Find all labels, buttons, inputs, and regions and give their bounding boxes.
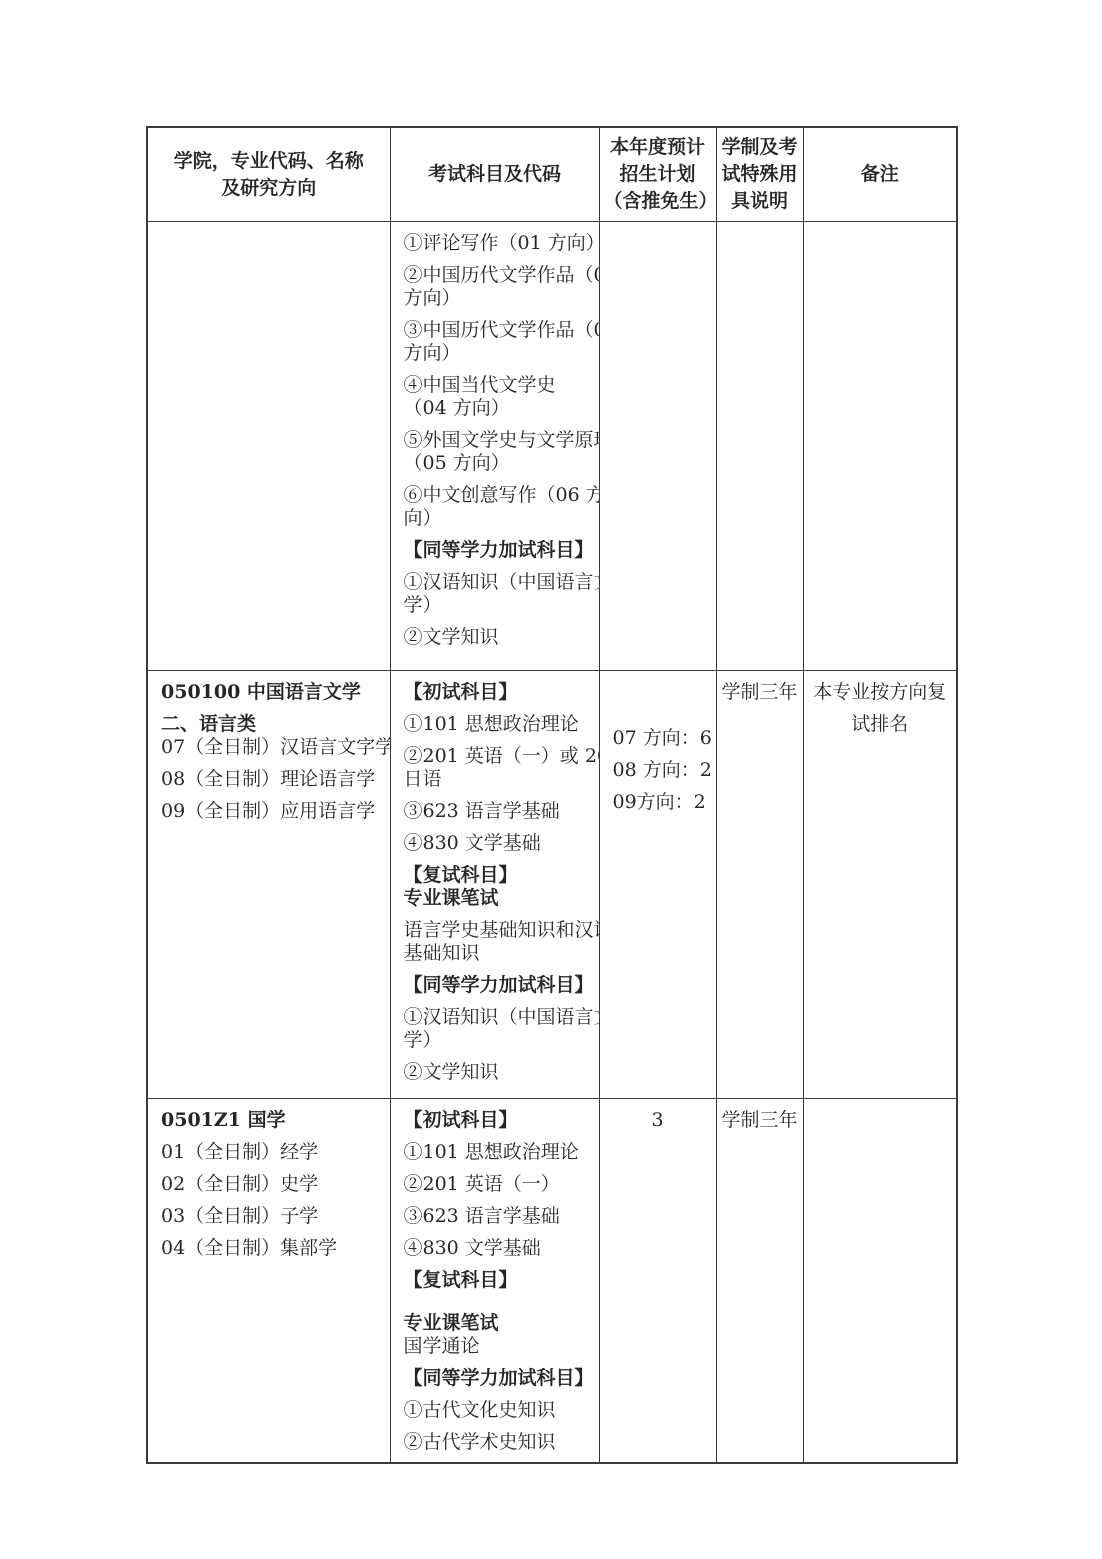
text-line: 02（全日制）史学 (161, 1173, 380, 1196)
text-line: （含推免生） (604, 188, 712, 215)
text-line: ④830 文学基础 (404, 832, 589, 855)
cell-r1-subjects: ①评论写作（01 方向）②中国历代文学作品（02方向）③中国历代文学作品（03方… (390, 222, 599, 671)
text-line: 【初试科目】 (404, 1109, 589, 1132)
cell-r2-duration: 学制三年 (716, 671, 803, 1099)
text-line: ②文学知识 (404, 626, 589, 649)
text-line: ④830 文学基础 (404, 1237, 589, 1260)
cell-r1-duration (716, 222, 803, 671)
text-line: 09方向：2 (613, 791, 706, 814)
text-line: 学制三年 (721, 681, 799, 704)
text-line: 本年度预计 (604, 134, 712, 161)
text-line: 试特殊用 (721, 161, 799, 188)
text-line: 04（全日制）集部学 (161, 1237, 380, 1260)
cell-r3-remarks (803, 1099, 957, 1464)
table-row: 050100 中国语言文学二、语言类07（全日制）汉语言文字学08（全日制）理论… (147, 671, 957, 1099)
text-line: 学） (404, 594, 589, 617)
cell-r1-major (147, 222, 390, 671)
text-line: 08 方向：2 (613, 759, 706, 782)
cell-r2-subjects: 【初试科目】①101 思想政治理论②201 英语（一）或 203日语③623 语… (390, 671, 599, 1099)
text-line: （04 方向） (404, 397, 589, 420)
text-line: 招生计划 (604, 161, 712, 188)
text-line: ③623 语言学基础 (404, 800, 589, 823)
text-line: 专业课笔试 (404, 887, 589, 910)
header-enrollment-plan: 本年度预计招生计划（含推免生） (599, 127, 716, 222)
text-line: 本专业按方向复 (808, 681, 953, 704)
text-line: 09（全日制）应用语言学 (161, 800, 380, 823)
text-line: 学制三年 (721, 1109, 799, 1132)
text-line: 050100 中国语言文学 (161, 681, 380, 704)
text-line: 二、语言类 (161, 713, 380, 736)
text-line: 【初试科目】 (404, 681, 589, 704)
text-line: ①汉语知识（中国语言文 (404, 1006, 589, 1029)
text-line: 基础知识 (404, 942, 589, 965)
text-line: ④中国当代文学史 (404, 374, 589, 397)
text-line: ①汉语知识（中国语言文 (404, 571, 589, 594)
text-line: 3 (604, 1109, 712, 1132)
text-line: 【复试科目】 (404, 1269, 589, 1292)
text-line: ②201 英语（一）或 203 (404, 745, 589, 768)
cell-r3-subjects: 【初试科目】①101 思想政治理论②201 英语（一）③623 语言学基础④83… (390, 1099, 599, 1464)
cell-r3-duration: 学制三年 (716, 1099, 803, 1464)
text-line: ②中国历代文学作品（02 (404, 264, 589, 287)
text-line: 具说明 (721, 188, 799, 215)
cell-r3-plan: 3 (599, 1099, 716, 1464)
text-line: 考试科目及代码 (395, 161, 595, 188)
text-line: ①101 思想政治理论 (404, 713, 589, 736)
text-line: 【复试科目】 (404, 864, 589, 887)
text-line: 01（全日制）经学 (161, 1141, 380, 1164)
text-line: ②文学知识 (404, 1061, 589, 1084)
text-line: ③中国历代文学作品（03 (404, 319, 589, 342)
text-line: 备注 (808, 161, 953, 188)
text-line: 0501Z1 国学 (161, 1109, 380, 1132)
text-line: 学院，专业代码、名称 (152, 148, 386, 175)
text-line: ②201 英语（一） (404, 1173, 589, 1196)
cell-r2-plan: 07 方向：608 方向：209方向：2 (599, 671, 716, 1099)
table-row: 0501Z1 国学01（全日制）经学02（全日制）史学03（全日制）子学04（全… (147, 1099, 957, 1464)
text-line: 03（全日制）子学 (161, 1205, 380, 1228)
text-line: 日语 (404, 768, 589, 791)
cell-r3-major: 0501Z1 国学01（全日制）经学02（全日制）史学03（全日制）子学04（全… (147, 1099, 390, 1464)
text-line: 【同等学力加试科目】 (404, 539, 589, 562)
cell-r1-plan (599, 222, 716, 671)
text-line: 07 方向：6 (613, 727, 706, 750)
text-line: 及研究方向 (152, 175, 386, 202)
text-line: ①101 思想政治理论 (404, 1141, 589, 1164)
header-duration-equipment: 学制及考试特殊用具说明 (716, 127, 803, 222)
text-line: 专业课笔试 (404, 1312, 589, 1335)
text-line: 【同等学力加试科目】 (404, 974, 589, 997)
text-line: ②古代学术史知识 (404, 1431, 589, 1454)
text-line: （05 方向） (404, 452, 589, 475)
admissions-table: 学院，专业代码、名称及研究方向 考试科目及代码 本年度预计招生计划（含推免生） … (146, 126, 958, 1464)
document-page: 学院，专业代码、名称及研究方向 考试科目及代码 本年度预计招生计划（含推免生） … (0, 0, 1102, 1559)
header-college-major: 学院，专业代码、名称及研究方向 (147, 127, 390, 222)
table-header-row: 学院，专业代码、名称及研究方向 考试科目及代码 本年度预计招生计划（含推免生） … (147, 127, 957, 222)
text-line: 国学通论 (404, 1335, 589, 1358)
text-line: 方向） (404, 342, 589, 365)
text-line: 学制及考 (721, 134, 799, 161)
cell-r2-remarks: 本专业按方向复试排名 (803, 671, 957, 1099)
table-row: ①评论写作（01 方向）②中国历代文学作品（02方向）③中国历代文学作品（03方… (147, 222, 957, 671)
text-line: ⑥中文创意写作（06 方 (404, 484, 589, 507)
text-line: 【同等学力加试科目】 (404, 1367, 589, 1390)
text-line: ①评论写作（01 方向） (404, 232, 589, 255)
text-line: 语言学史基础知识和汉语 (404, 919, 589, 942)
cell-r2-major: 050100 中国语言文学二、语言类07（全日制）汉语言文字学08（全日制）理论… (147, 671, 390, 1099)
text-line: 07（全日制）汉语言文字学 (161, 736, 380, 759)
text-line: 方向） (404, 287, 589, 310)
header-remarks: 备注 (803, 127, 957, 222)
header-exam-subjects: 考试科目及代码 (390, 127, 599, 222)
text-line: 08（全日制）理论语言学 (161, 768, 380, 791)
text-line: ③623 语言学基础 (404, 1205, 589, 1228)
text-line: ⑤外国文学史与文学原理 (404, 429, 589, 452)
text-line: ①古代文化史知识 (404, 1399, 589, 1422)
text-line: 学） (404, 1029, 589, 1052)
text-line: 试排名 (808, 713, 953, 736)
text-line: 向） (404, 507, 589, 530)
cell-r1-remarks (803, 222, 957, 671)
